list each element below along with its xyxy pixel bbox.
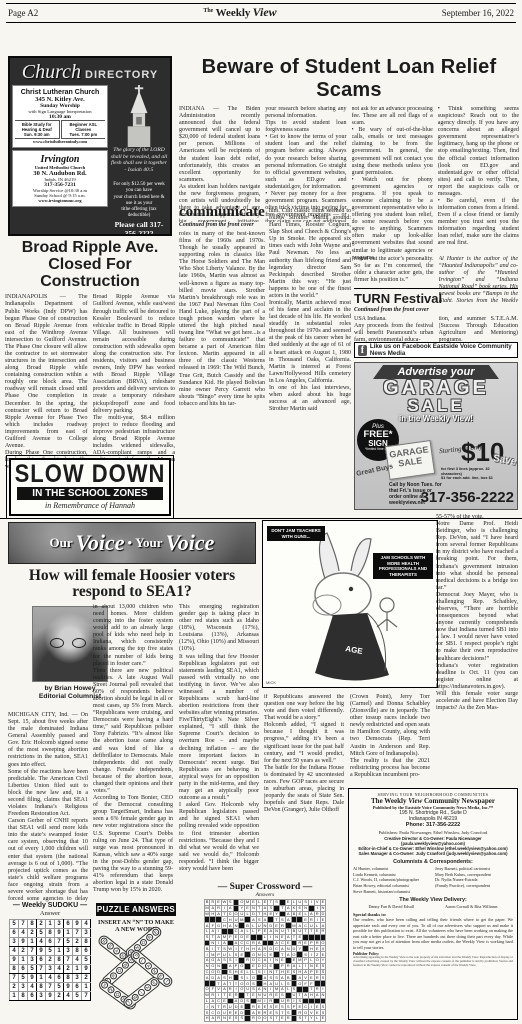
sudoku-answer-label: Answer xyxy=(8,910,92,917)
sudoku-cell: 9 xyxy=(55,929,64,938)
editorial-col-5: (Crown Point), Jerry Torr (Carmel) and D… xyxy=(350,694,430,786)
sudoku-answer-block: — Weekly SUDOKU — Answer 578213694642589… xyxy=(8,902,92,1001)
sudoku-cell: 4 xyxy=(55,965,64,974)
scripture-verse: The glory of the LORD shall be revealed,… xyxy=(110,147,168,174)
editorial-headline: How will female Hoosier voters respond t… xyxy=(8,568,256,601)
sudoku-cell: 7 xyxy=(55,938,64,947)
sudoku-cell: 9 xyxy=(37,947,46,956)
insert-n-puzzle-block: INSERT AN “N” TO MAKE A NEW WORD BEANSNO… xyxy=(96,919,176,1021)
sudoku-cell: 6 xyxy=(46,938,55,947)
sudoku-cell: 3 xyxy=(82,929,91,938)
sudoku-cell: 9 xyxy=(46,992,55,1001)
continued-note: Continued from the front cover xyxy=(179,222,265,228)
page-number: Page A2 xyxy=(8,8,38,18)
sudoku-cell: 2 xyxy=(64,965,73,974)
sudoku-cell: 3 xyxy=(46,965,55,974)
special-thanks-text: Our readers, who have been calling and t… xyxy=(353,917,513,950)
sudoku-cell: 3 xyxy=(28,956,37,965)
our-voice-banner: Our Voice • Your Voice xyxy=(8,522,256,564)
sudoku-cell: 9 xyxy=(73,920,82,929)
crossword-answer-block: — Super Crossword — Answers BREWSOMELETS… xyxy=(180,882,350,1022)
remembrance-text: in Remembrance of Hannah xyxy=(11,501,169,510)
broad-ripple-article: Broad Ripple Ave. Closed For Constructio… xyxy=(5,240,175,454)
sudoku-cell: 6 xyxy=(73,983,82,992)
sudoku-cell: 7 xyxy=(10,974,19,983)
price-fine-print: for first 3 lines (approx. 32 characters… xyxy=(441,467,507,481)
columnists-list-left: Al Hunter, columnistLinda Kennett, colum… xyxy=(353,866,431,894)
christ-lutheran-listing: Christ Lutheran Church 345 N. Kitley Ave… xyxy=(12,85,108,148)
creative-director-line: Creative Director & Co-Owner: Paula Nice… xyxy=(353,836,513,846)
garage-ad-phone: 317-356-2222 xyxy=(421,489,514,506)
sudoku-cell: 2 xyxy=(55,992,64,1001)
student-loan-headline: Beware of Student Loan Relief Scams xyxy=(179,56,519,102)
insert-n-answer-graphic: BEANSNORECROWNPLANETSWORNTWINE xyxy=(96,935,176,1015)
insert-n-title: INSERT AN “N” TO MAKE A NEW WORD xyxy=(96,919,176,933)
sudoku-cell: 8 xyxy=(10,965,19,974)
sudoku-cell: 8 xyxy=(82,938,91,947)
sudoku-cell: 2 xyxy=(46,956,55,965)
sudoku-cell: 4 xyxy=(64,992,73,1001)
sudoku-cell: 6 xyxy=(28,992,37,1001)
bible-study-info: Bible Study for Hearing & Deaf Sun. 9:30… xyxy=(14,120,60,139)
sudoku-cell: 1 xyxy=(55,947,64,956)
sales-manager-line: Sales Manager & Co-Owner: Judy Crawford … xyxy=(353,851,513,856)
sale-word: SALE xyxy=(355,398,517,414)
sudoku-cell: 7 xyxy=(37,965,46,974)
asl-class-info: Beginner ASL Classes Tues. 7:00 pm xyxy=(61,120,107,139)
sudoku-cell: 8 xyxy=(64,974,73,983)
sudoku-cell: 6 xyxy=(55,974,64,983)
student-loan-col-4: • Think something seems suspicious? Reac… xyxy=(438,106,519,270)
sudoku-cell: 7 xyxy=(28,947,37,956)
sudoku-cell: 2 xyxy=(37,920,46,929)
broad-ripple-headline: Broad Ripple Ave. Closed For Constructio… xyxy=(5,240,175,290)
sudoku-cell: 7 xyxy=(19,920,28,929)
cartoon-speech-1: DON'T JAM TEACHERS WITH GUNS... xyxy=(267,526,325,541)
church-directory-ad: Church DIRECTORY Christ Lutheran Church … xyxy=(8,56,172,236)
delivery-header: The Weekly View Delivery: xyxy=(353,897,513,903)
sudoku-cell: 1 xyxy=(73,965,82,974)
sudoku-cell: 9 xyxy=(64,983,73,992)
sudoku-cell: 5 xyxy=(46,947,55,956)
sudoku-cell: 7 xyxy=(64,956,73,965)
slow-down-text: SLOW DOWN xyxy=(11,461,169,486)
communicate-col-2: him. Cult classic films seemed to follow… xyxy=(269,208,351,514)
church-directory-title: Church DIRECTORY xyxy=(12,60,168,85)
sudoku-cell: 1 xyxy=(19,956,28,965)
sudoku-cell: 6 xyxy=(19,965,28,974)
crossword-answer-label: Answers xyxy=(180,892,350,898)
issue-date: September 16, 2022 xyxy=(442,8,514,18)
sudoku-cell: 9 xyxy=(28,974,37,983)
communicate-headline: communicate xyxy=(179,204,265,221)
sudoku-cell: 5 xyxy=(28,965,37,974)
sudoku-cell: 2 xyxy=(19,947,28,956)
sudoku-cell: 5 xyxy=(37,929,46,938)
facebook-promo-label: Like us on Facebook Eastside Voice Commu… xyxy=(370,343,514,357)
facebook-icon: f xyxy=(358,345,367,356)
page-header: Page A2 The Weekly View September 16, 20… xyxy=(6,3,516,23)
sudoku-cell: 6 xyxy=(37,956,46,965)
sudoku-cell: 4 xyxy=(73,956,82,965)
newspaper-masthead: The Weekly View xyxy=(203,5,276,20)
church-listing-offer: For only $12.50 per week you can have yo… xyxy=(110,176,168,236)
sudoku-title: — Weekly SUDOKU — xyxy=(8,902,92,909)
sudoku-cell: 8 xyxy=(19,992,28,1001)
sudoku-cell: 5 xyxy=(82,956,91,965)
sudoku-cell: 2 xyxy=(10,983,19,992)
broad-ripple-col-1: INDIANAPOLIS — The Indianapolis Departme… xyxy=(5,294,88,472)
sudoku-cell: 1 xyxy=(82,983,91,992)
sudoku-cell: 3 xyxy=(73,974,82,983)
columnist-entry: Steve Barnett, historian/columnist xyxy=(353,889,431,895)
sudoku-cell: 8 xyxy=(73,947,82,956)
insert-n-letter: T xyxy=(162,977,172,987)
sudoku-cell: 8 xyxy=(37,983,46,992)
masthead-box: SERVING YOUR NEIGHBORHOOD COMMUNITIES Th… xyxy=(348,788,518,1020)
garage-sale-yard-sign: GARAGE SALE xyxy=(385,440,435,480)
editorial-col-6: 55-57% of the vote. Notre Dame Prof. Hei… xyxy=(436,514,518,784)
publisher-policy-text: Advertising appearing in the Weekly View… xyxy=(353,956,513,968)
sudoku-cell: 8 xyxy=(46,929,55,938)
lutheran-website-link[interactable]: www.christlutheranindy.com xyxy=(14,139,106,144)
crossword-cell: E xyxy=(320,1015,326,1021)
slow-down-ad: SLOW DOWN IN THE SCHOOL ZONES in Remembr… xyxy=(9,458,171,516)
sudoku-cell: 5 xyxy=(73,992,82,1001)
delivery-names: Danny Fan & David EdsallAaron Cornall & … xyxy=(353,904,513,909)
sudoku-cell: 3 xyxy=(55,920,64,929)
sudoku-cell: 1 xyxy=(28,938,37,947)
sudoku-cell: 4 xyxy=(82,920,91,929)
sudoku-cell: 3 xyxy=(10,938,19,947)
crossword-grid: BREWSOMELETSELUSIVEMARIAYENTASTAKENINWHA… xyxy=(204,899,327,1022)
crossword-title: — Super Crossword — xyxy=(180,882,350,892)
sudoku-cell: 2 xyxy=(28,929,37,938)
sudoku-cell: 7 xyxy=(46,983,55,992)
communicate-article: communicate Continued from the front cov… xyxy=(179,204,351,520)
editorial-col-2: in about 13,000 children who need homes.… xyxy=(93,604,173,902)
church-offer-phone: Please call 317-356-2222 xyxy=(110,220,168,236)
sudoku-cell: 2 xyxy=(82,974,91,983)
sudoku-cell: 4 xyxy=(10,947,19,956)
sudoku-cell: 1 xyxy=(37,974,46,983)
insert-n-word-oval: TWINE xyxy=(121,975,162,1010)
broad-ripple-col-2: Broad Ripple Avenue via Guilford Avenue,… xyxy=(93,294,176,472)
sudoku-cell: 2 xyxy=(73,938,82,947)
sudoku-cell: 5 xyxy=(10,920,19,929)
school-zones-text: IN THE SCHOOL ZONES xyxy=(17,487,163,500)
sudoku-cell: 4 xyxy=(28,983,37,992)
columnist-entry: (Family Practice), correspondent xyxy=(435,883,513,889)
sudoku-cell: 1 xyxy=(64,929,73,938)
church-steeple-icon xyxy=(120,85,158,147)
columnists-header: Columnists & Correspondents: xyxy=(353,859,513,865)
sudoku-cell: 1 xyxy=(10,992,19,1001)
turn-continued-note: Continued from the front cover xyxy=(354,307,518,313)
sudoku-cell: 9 xyxy=(10,956,19,965)
irvington-website-link[interactable]: www.irvingtonumc.org xyxy=(14,198,106,203)
facebook-promo-bar[interactable]: f Like us on Facebook Eastside Voice Com… xyxy=(354,342,518,358)
irvington-umc-listing: Irvington United Methodist Church 30 N. … xyxy=(12,150,108,207)
cartoon-speech-2: JAM SCHOOLS WITH MORE HEALTH PROFESSIONA… xyxy=(373,553,433,579)
sudoku-cell: 4 xyxy=(19,929,28,938)
sudoku-cell: 7 xyxy=(73,929,82,938)
sudoku-cell: 8 xyxy=(55,956,64,965)
turn-festival-headline: TURN Festival xyxy=(354,291,518,306)
sudoku-cell: 3 xyxy=(64,947,73,956)
puzzle-answers-banner: PUZZLE ANSWERS xyxy=(96,903,176,916)
sudoku-cell: 3 xyxy=(19,983,28,992)
sudoku-cell: 7 xyxy=(82,992,91,1001)
cartoon-credit: MICK xyxy=(266,680,276,685)
donkey-cartoon-drawing: AGE xyxy=(263,521,437,687)
editorial-col-4: if Republicans answered the question one… xyxy=(264,694,344,882)
publishers-line: Publishers: Paula Nicewanger, Ethel Wins… xyxy=(353,830,513,835)
sudoku-cell: 9 xyxy=(82,965,91,974)
glasses-detail xyxy=(50,635,90,647)
sudoku-cell: 8 xyxy=(28,920,37,929)
sudoku-cell: 1 xyxy=(46,920,55,929)
sudoku-cell: 4 xyxy=(37,938,46,947)
editorial-cartoon: AGE DON'T JAM TEACHERS WITH GUNS... JAM … xyxy=(262,520,438,688)
student-loan-col-3: not ask for an advance processing fee. T… xyxy=(352,106,433,270)
garage-sale-ad: Advertise your GARAGE SALE in the Weekly… xyxy=(354,362,518,510)
sudoku-cell: 9 xyxy=(19,938,28,947)
sudoku-cell: 6 xyxy=(64,920,73,929)
sudoku-cell: 6 xyxy=(10,929,19,938)
masthead-title: The Weekly View Community Newspaper xyxy=(353,797,513,805)
editorial-col-1: MICHIGAN CITY, Ind. — On Sept. 15, about… xyxy=(8,712,88,902)
sudoku-cell: 4 xyxy=(46,974,55,983)
sudoku-grid: 5782136946425891733914675284279513869136… xyxy=(9,919,91,1001)
sudoku-cell: 5 xyxy=(55,983,64,992)
masthead-phone: Phone: 317-356-2222 xyxy=(353,822,513,828)
garage-ad-arch-text: Advertise your xyxy=(373,365,499,379)
sudoku-cell: 3 xyxy=(37,992,46,1001)
columnists-list-right: Jerry Barnett, political cartoonistMary … xyxy=(435,866,513,894)
sudoku-cell: 6 xyxy=(82,947,91,956)
sudoku-cell: 5 xyxy=(64,938,73,947)
communicate-col-1: roles in many of the best-known films of… xyxy=(179,231,265,485)
sudoku-cell: 5 xyxy=(19,974,28,983)
editorial-col-3: This emerging registration gender gap is… xyxy=(179,604,259,880)
